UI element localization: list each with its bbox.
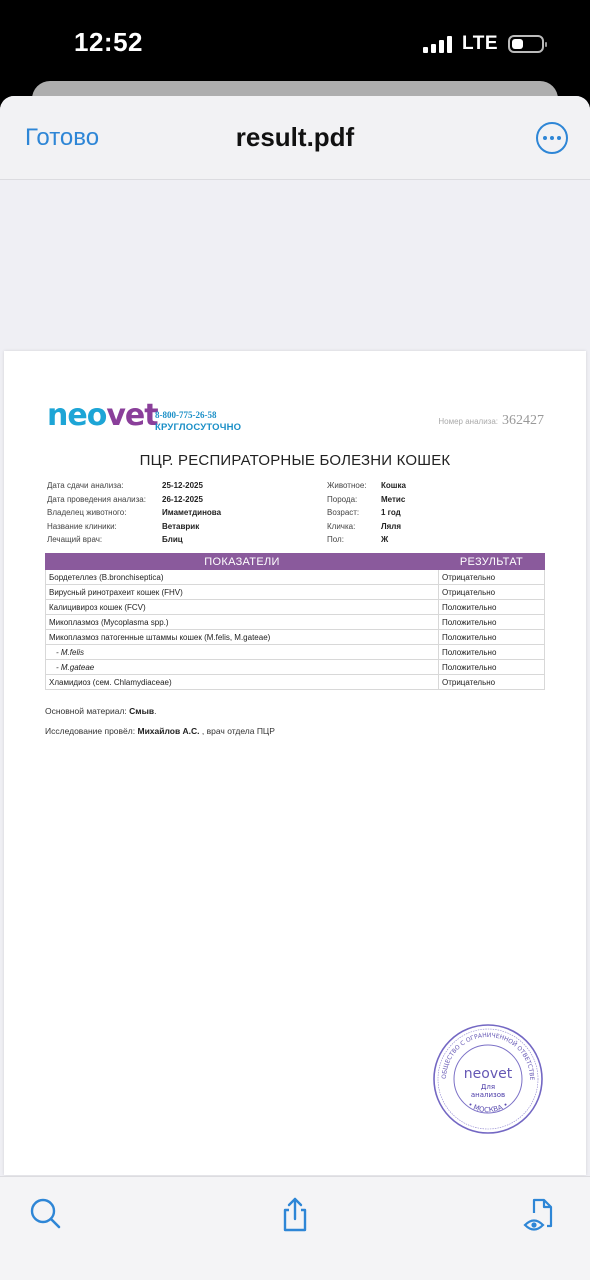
material-line: Основной материал: Смыв. xyxy=(45,706,156,716)
indicator-cell: Калицивироз кошек (FCV) xyxy=(46,600,439,615)
result-cell: Положительно xyxy=(439,645,545,660)
svg-text:• МОСКВА •: • МОСКВА • xyxy=(466,1101,509,1115)
search-button[interactable] xyxy=(26,1195,66,1235)
more-options-button[interactable] xyxy=(536,122,568,154)
info-row: Название клиники:Ветаврик xyxy=(47,520,221,534)
info-row: Возраст:1 год xyxy=(327,506,406,520)
indicator-cell: - M.gateae xyxy=(46,660,439,675)
result-cell: Отрицательно xyxy=(439,570,545,585)
clock: 12:52 xyxy=(74,27,143,58)
share-icon xyxy=(275,1195,315,1235)
table-row: Бордетеллез (B.bronchiseptica)Отрицатель… xyxy=(46,570,545,585)
table-row: Хламидиоз (сем. Chlamydiaceae)Отрицатель… xyxy=(46,675,545,690)
info-row: Пол:Ж xyxy=(327,533,406,547)
table-row: Калицивироз кошек (FCV)Положительно xyxy=(46,600,545,615)
result-cell: Положительно xyxy=(439,660,545,675)
column-header-result: РЕЗУЛЬТАТ xyxy=(439,554,545,570)
status-indicators: LTE xyxy=(423,33,544,55)
clinic-phone: 8-800-775-26-58 xyxy=(155,410,217,420)
result-cell: Положительно xyxy=(439,630,545,645)
indicator-cell: Микоплазмоз патогенные штаммы кошек (M.f… xyxy=(46,630,439,645)
info-row: Лечащий врач:Блиц xyxy=(47,533,221,547)
report-title: ПЦР. РЕСПИРАТОРНЫЕ БОЛЕЗНИ КОШЕК xyxy=(4,452,586,469)
patient-info-left: Дата сдачи анализа:25-12-2025 Дата прове… xyxy=(47,479,221,547)
info-row: Владелец животного:Имаметдинова xyxy=(47,506,221,520)
indicator-cell: - M.felis xyxy=(46,645,439,660)
result-cell: Отрицательно xyxy=(439,585,545,600)
researcher-line: Исследование провёл: Михайлов А.С. , вра… xyxy=(45,726,275,736)
network-type: LTE xyxy=(462,33,498,55)
result-cell: Положительно xyxy=(439,600,545,615)
info-row: Кличка:Ляля xyxy=(327,520,406,534)
svg-text:Для: Для xyxy=(481,1083,495,1091)
indicator-cell: Бордетеллез (B.bronchiseptica) xyxy=(46,570,439,585)
info-row: Порода:Метис xyxy=(327,493,406,507)
results-table-body: Бордетеллез (B.bronchiseptica)Отрицатель… xyxy=(46,570,545,690)
results-table: ПОКАЗАТЕЛИ РЕЗУЛЬТАТ Бордетеллез (B.bron… xyxy=(45,553,545,690)
bottom-toolbar xyxy=(0,1176,590,1280)
document-preview-button[interactable] xyxy=(520,1195,560,1235)
pdf-page: neovet 8-800-775-26-58 КРУГЛОСУТОЧНО Ном… xyxy=(4,351,586,1175)
info-row: Животное:Кошка xyxy=(327,479,406,493)
table-row: - M.felisПоложительно xyxy=(46,645,545,660)
pdf-viewport[interactable]: neovet 8-800-775-26-58 КРУГЛОСУТОЧНО Ном… xyxy=(0,181,590,1176)
indicator-cell: Микоплазмоз (Mycoplasma spp.) xyxy=(46,615,439,630)
cellular-signal-icon xyxy=(423,36,452,53)
analysis-number-label: Номер анализа: xyxy=(438,417,498,426)
done-button[interactable]: Готово xyxy=(25,124,99,152)
indicator-cell: Вирусный ринотрахеит кошек (FHV) xyxy=(46,585,439,600)
result-cell: Отрицательно xyxy=(439,675,545,690)
indicator-cell: Хламидиоз (сем. Chlamydiaceae) xyxy=(46,675,439,690)
navigation-bar: Готово result.pdf xyxy=(0,96,590,180)
info-row: Дата сдачи анализа:25-12-2025 xyxy=(47,479,221,493)
analysis-number-value: 362427 xyxy=(502,413,544,429)
clinic-stamp: ОБЩЕСТВО С ОГРАНИЧЕННОЙ ОТВЕТСТВЕННОСТЬЮ… xyxy=(432,1023,544,1135)
info-row: Дата проведения анализа:26-12-2025 xyxy=(47,493,221,507)
document-eye-icon xyxy=(520,1195,560,1235)
svg-text:анализов: анализов xyxy=(471,1091,505,1099)
patient-info-right: Животное:Кошка Порода:Метис Возраст:1 го… xyxy=(327,479,406,547)
neovet-logo: neovet xyxy=(47,401,158,431)
table-row: Вирусный ринотрахеит кошек (FHV)Отрицате… xyxy=(46,585,545,600)
pdf-viewer-sheet: Готово result.pdf neovet 8-800-775-26-58… xyxy=(0,96,590,1280)
battery-icon xyxy=(508,35,544,53)
table-row: Микоплазмоз (Mycoplasma spp.)Положительн… xyxy=(46,615,545,630)
search-icon xyxy=(26,1195,66,1235)
status-bar: 12:52 LTE xyxy=(0,0,590,82)
ellipsis-circle-icon xyxy=(543,136,547,140)
analysis-number: Номер анализа: 362427 xyxy=(438,413,544,429)
svg-text:neovet: neovet xyxy=(464,1066,513,1082)
table-row: Микоплазмоз патогенные штаммы кошек (M.f… xyxy=(46,630,545,645)
column-header-indicators: ПОКАЗАТЕЛИ xyxy=(46,554,439,570)
table-row: - M.gateaeПоложительно xyxy=(46,660,545,675)
share-button[interactable] xyxy=(275,1195,315,1235)
clinic-hours: КРУГЛОСУТОЧНО xyxy=(155,422,241,433)
result-cell: Положительно xyxy=(439,615,545,630)
